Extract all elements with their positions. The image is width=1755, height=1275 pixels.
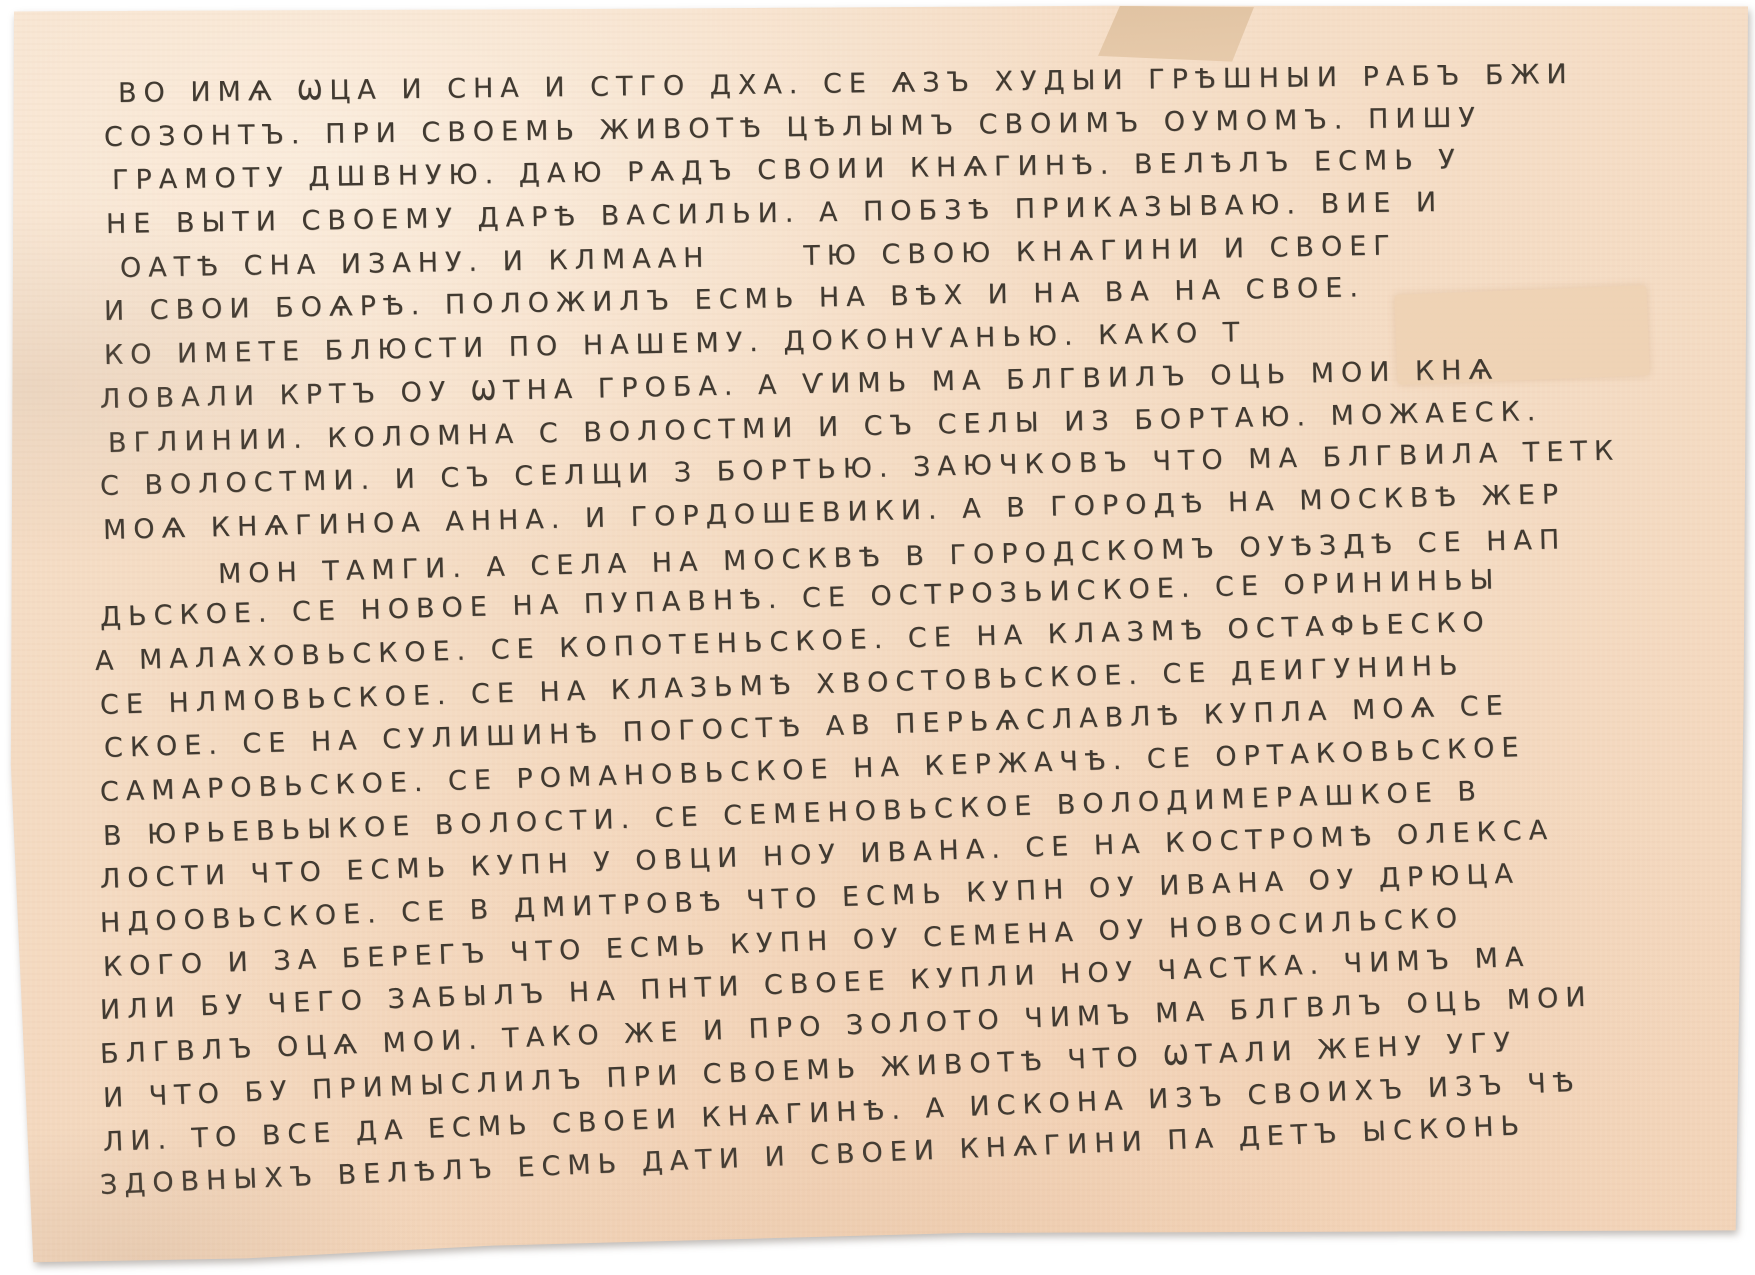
manuscript-line: не выти своему дарѣ васильи. а побзѣ при… xyxy=(106,177,1701,247)
manuscript-line: или бу чего забылъ на пнти своее купли н… xyxy=(99,930,1700,1033)
manuscript-line: и свои боѧрѣ. положилъ есмь на вѣх и на … xyxy=(104,260,1701,334)
tape-patch-top-edge xyxy=(1098,6,1254,64)
manuscript-line: и что бу примыслилъ при своемь животѣ чт… xyxy=(102,1014,1699,1121)
manuscript-line: кого и за берегъ что есмь купн оу семена… xyxy=(102,888,1700,989)
manuscript-line: ко имете блюсти по нашему. доконѵанью. к… xyxy=(104,302,1701,378)
manuscript-line: грамоту дшвную. даю рѧдъ своии кнѧгинѣ. … xyxy=(112,135,1700,203)
manuscript-line: самаровьское. се романовьское на кержачѣ… xyxy=(99,721,1700,815)
manuscript-line: ское. се на сулишинѣ погостѣ ав перьѧсла… xyxy=(103,679,1700,771)
manuscript-line: а малаховьское. се копотеньское. се на к… xyxy=(94,595,1700,684)
manuscript-line: мон тамги. а села на москвѣ в городскомъ… xyxy=(217,514,1700,596)
manuscript-line: ли. то все да есмь своеи кнѧгинѣ. а иско… xyxy=(102,1055,1699,1164)
manuscript-line: здовныхъ велѣлъ есмь дати и своеи кнѧгин… xyxy=(99,1097,1699,1208)
manuscript-line: се нлмовьское. се на клазьмѣ хвостовьско… xyxy=(99,637,1700,727)
manuscript-line: во имѧ ѡца и сна и стго дха. се ѧзъ худы… xyxy=(118,51,1700,115)
manuscript-line: в юрьевьыкое волости. се семеновьское во… xyxy=(102,763,1700,859)
manuscript-paper: во имѧ ѡца и сна и стго дха. се ѧзъ худы… xyxy=(0,0,1755,1275)
manuscript-line: ловали кртъ оу ѡтна гроба. а ѵимь ма блг… xyxy=(100,344,1701,422)
manuscript-line: моѧ кнѧгиноа анна. и гордошевики. а в го… xyxy=(102,470,1700,553)
manuscript-line: созонтъ. при своемь животѣ цѣлымъ своимъ… xyxy=(104,93,1700,159)
manuscript-line: с волостми. и съ селщи з бортью. заючков… xyxy=(99,428,1700,509)
tape-patch-right-margin xyxy=(1394,285,1649,385)
manuscript-line: дьское. се новое на пупавнѣ. се острозьи… xyxy=(99,553,1700,640)
manuscript-line: лости что есмь купн у овци ноу ивана. се… xyxy=(99,804,1700,902)
scanned-document: во имѧ ѡца и сна и стго дха. се ѧзъ худы… xyxy=(0,0,1755,1275)
manuscript-text: во имѧ ѡца и сна и стго дха. се ѧзъ худы… xyxy=(0,72,1700,1208)
manuscript-line: вглинии. коломна с волостми и съ селы из… xyxy=(108,386,1701,465)
manuscript-line: ндоовьское. се в дмитровѣ что есмь купн … xyxy=(99,846,1700,946)
paper-shadow-wrapper: во имѧ ѡца и сна и стго дха. се ѧзъ худы… xyxy=(0,0,1755,1275)
manuscript-line: блгвлъ оцѧ мои. тако же и про золото чим… xyxy=(99,972,1699,1077)
manuscript-line: оатѣ сна изану. и клмаан тю свою кнѧгини… xyxy=(120,219,1701,291)
